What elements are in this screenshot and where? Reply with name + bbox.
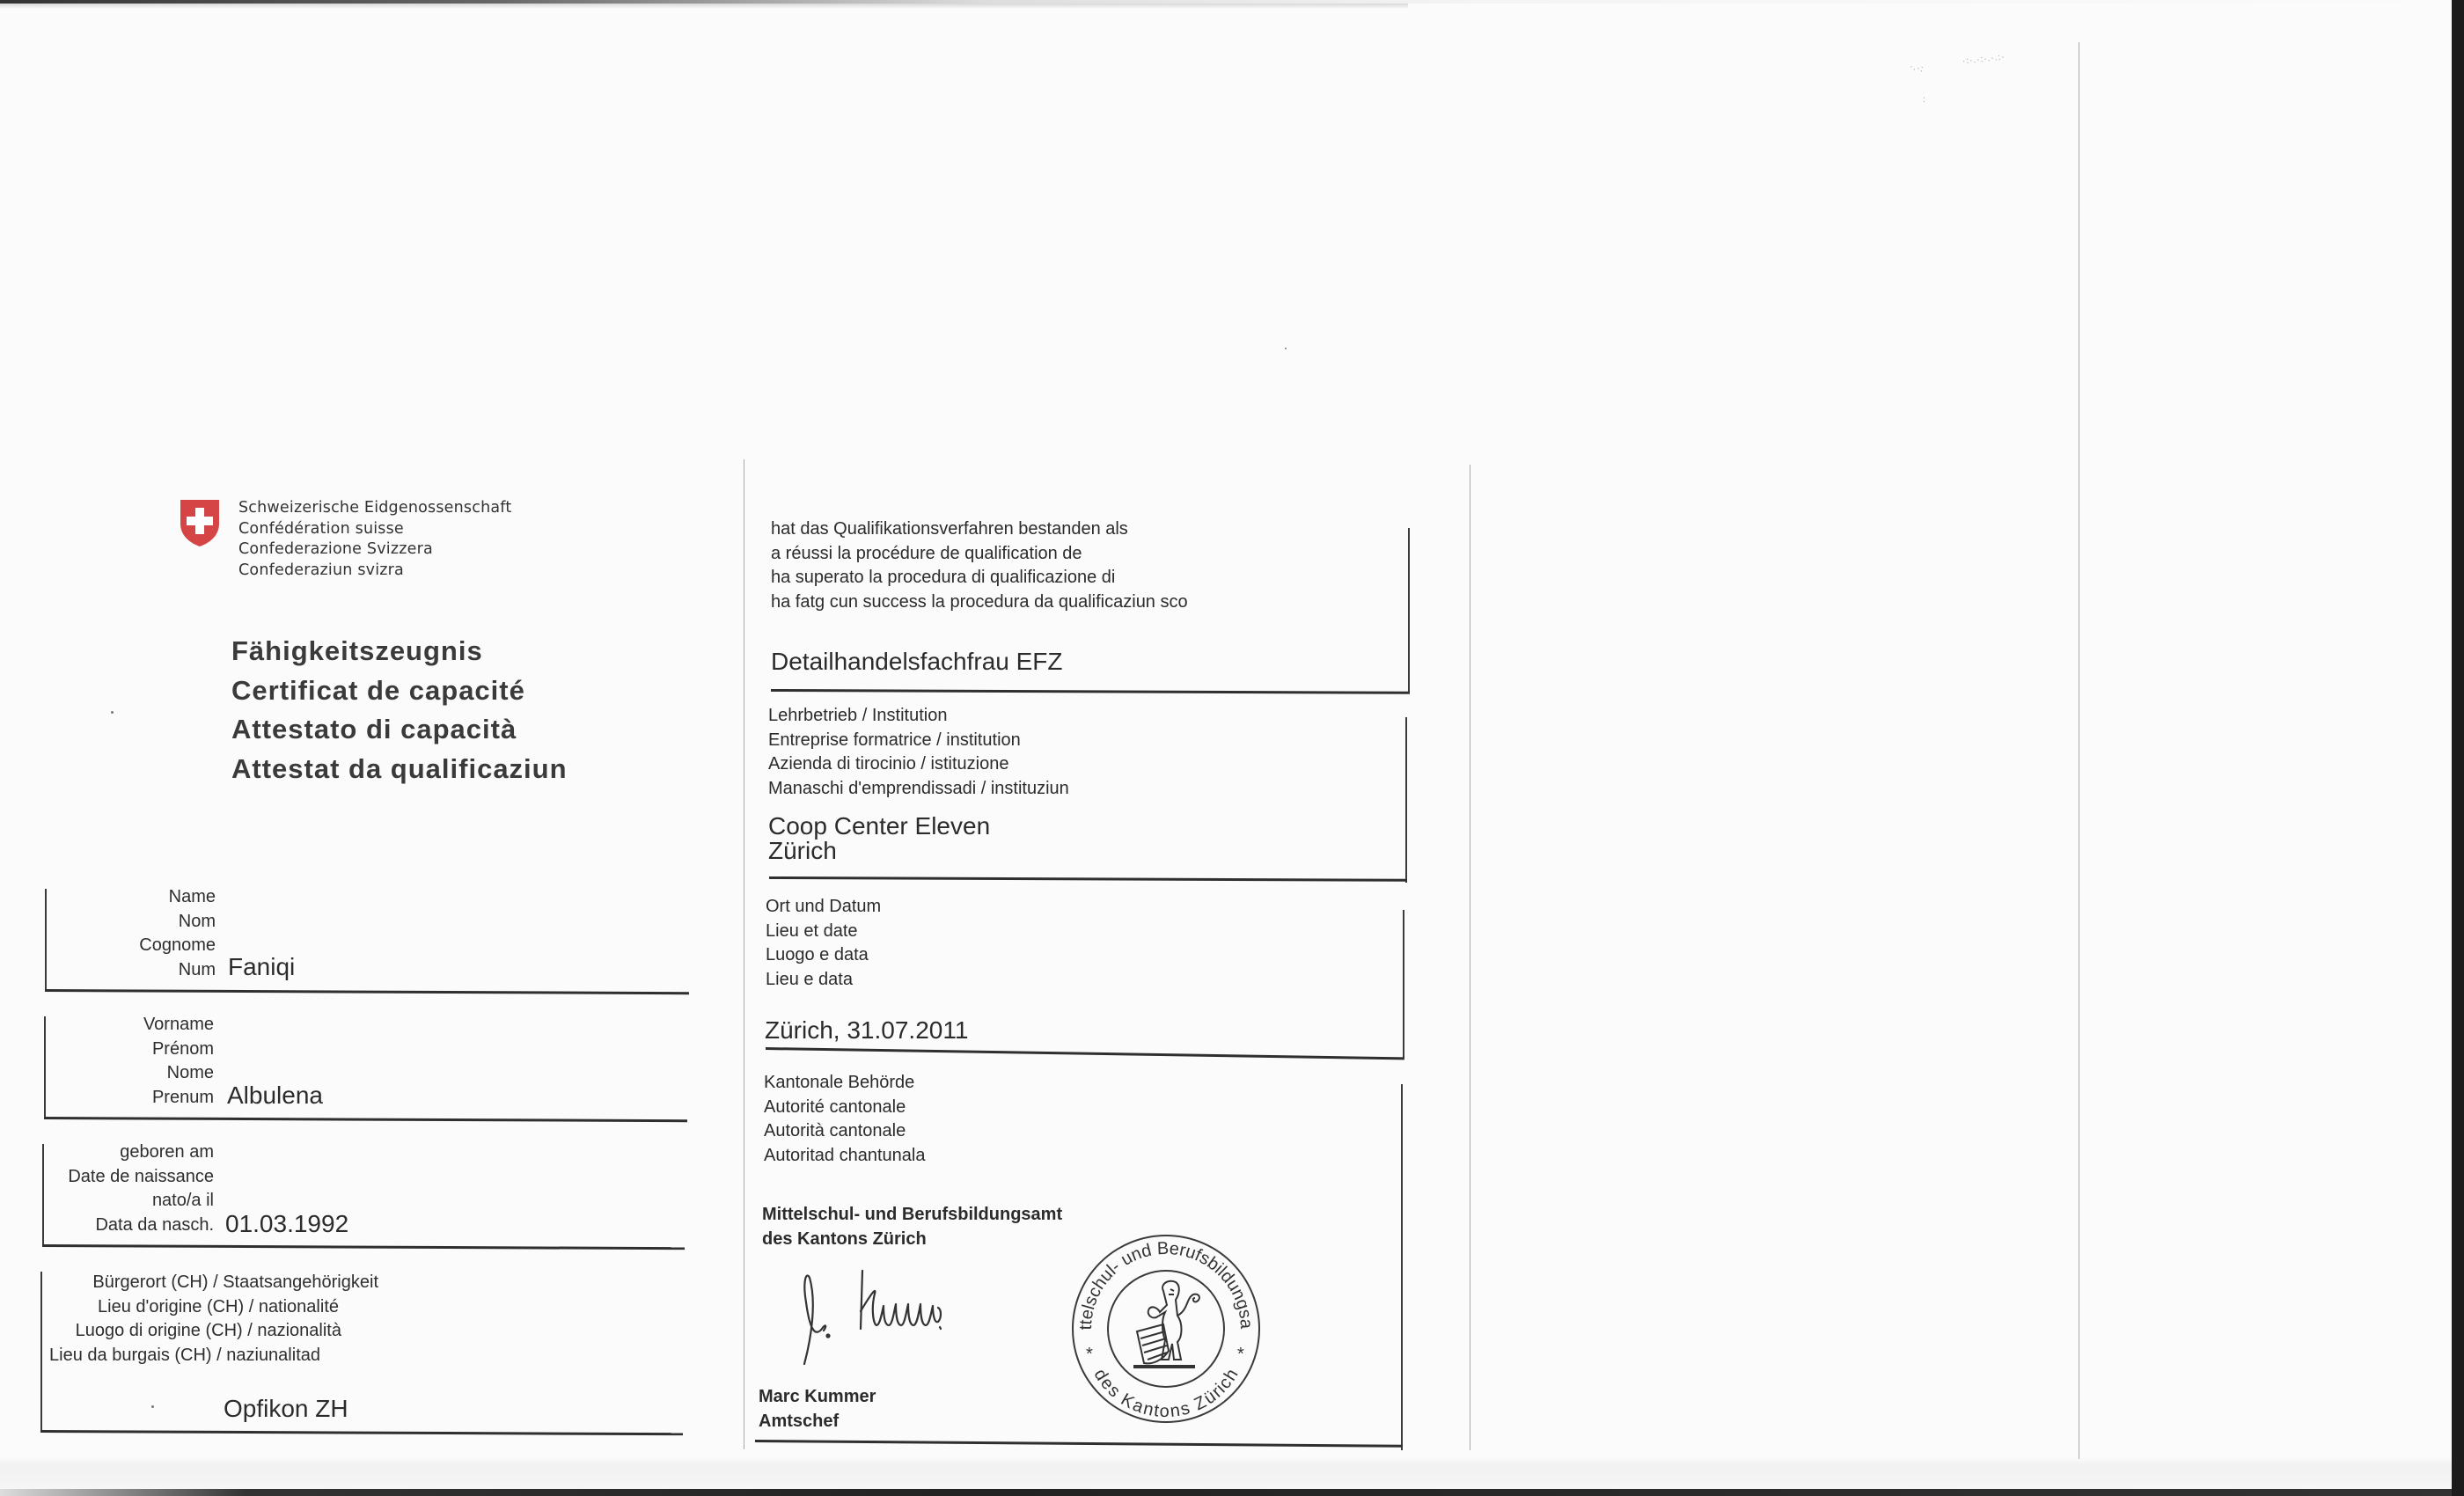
label-origin-de: Bürgerort (CH) / Staatsangehörigkeit bbox=[44, 1271, 378, 1295]
label-firstname-fr: Prénom bbox=[53, 1038, 214, 1062]
birthdate-underline bbox=[42, 1244, 685, 1250]
seal-separator-right: * bbox=[1237, 1345, 1244, 1364]
authority-underline bbox=[755, 1440, 1403, 1448]
birthdate-value: 01.03.1992 bbox=[225, 1210, 348, 1238]
label-origin-rm: Lieu da burgais (CH) / naziunalitad bbox=[44, 1344, 378, 1368]
institution-value: Coop Center Eleven Zürich bbox=[768, 814, 990, 863]
label-firstname-rm: Prenum bbox=[53, 1086, 214, 1111]
title-rm: Attestat da qualificaziun bbox=[231, 750, 568, 789]
origin-labels: Bürgerort (CH) / Staatsangehörigkeit Lie… bbox=[44, 1271, 378, 1368]
scan-noise: ·.·: bbox=[1909, 62, 1925, 74]
scan-bottom-edge bbox=[0, 1489, 2452, 1496]
label-name-it: Cognome bbox=[53, 934, 216, 958]
placedate-labels: Ort und Datum Lieu et date Luogo e data … bbox=[766, 895, 881, 992]
surname-labels: Name Nom Cognome Num bbox=[53, 885, 216, 982]
surname-value: Faniqi bbox=[228, 953, 295, 981]
confederation-line-rm: Confederaziun svizra bbox=[238, 561, 511, 582]
sheet-edge-line bbox=[2079, 42, 2079, 1459]
institution-name: Coop Center Eleven bbox=[768, 814, 990, 839]
label-firstname-de: Vorname bbox=[53, 1013, 214, 1038]
label-birthdate-fr: Date de naissance bbox=[53, 1165, 214, 1190]
title-it: Attestato di capacità bbox=[231, 710, 568, 750]
institution-labels: Lehrbetrieb / Institution Entreprise for… bbox=[768, 704, 1069, 801]
surname-underline bbox=[45, 989, 689, 994]
scan-noise: ·:·.·:·.·.:· bbox=[1962, 52, 2006, 66]
label-qualification-it: ha superato la procedura di qualificazio… bbox=[771, 566, 1188, 590]
confederation-line-fr: Confédération suisse bbox=[238, 519, 511, 540]
firstname-underline bbox=[44, 1117, 687, 1122]
certificate-title: Fähigkeitszeugnis Certificat de capacité… bbox=[231, 632, 568, 788]
origin-box-border bbox=[40, 1272, 42, 1430]
origin-value: Opfikon ZH bbox=[224, 1395, 348, 1423]
label-institution-it: Azienda di tirocinio / istituzione bbox=[768, 752, 1069, 777]
page-edge-line bbox=[1470, 465, 1470, 1450]
label-institution-de: Lehrbetrieb / Institution bbox=[768, 704, 1069, 729]
zurich-lion-seal-icon: Mittelschul- und Berufsbildungsamt des K… bbox=[1065, 1228, 1267, 1430]
label-institution-fr: Entreprise formatrice / institution bbox=[768, 729, 1069, 753]
label-authority-fr: Autorité cantonale bbox=[764, 1096, 925, 1120]
label-birthdate-de: geboren am bbox=[53, 1140, 214, 1165]
firstname-value: Albulena bbox=[227, 1082, 323, 1110]
label-placedate-fr: Lieu et date bbox=[766, 920, 881, 944]
label-birthdate-it: nato/a il bbox=[53, 1189, 214, 1214]
firstname-labels: Vorname Prénom Nome Prenum bbox=[53, 1013, 214, 1110]
seal-bottom-text: des Kantons Zürich bbox=[1089, 1366, 1242, 1421]
label-firstname-it: Nome bbox=[53, 1061, 214, 1086]
scan-speck bbox=[111, 711, 114, 714]
title-de: Fähigkeitszeugnis bbox=[231, 632, 568, 671]
signatory: Marc Kummer Amtschef bbox=[759, 1384, 876, 1434]
authority-labels: Kantonale Behörde Autorité cantonale Aut… bbox=[764, 1071, 925, 1168]
scan-noise: : bbox=[1923, 95, 1926, 105]
label-qualification-de: hat das Qualifikationsverfahren bestande… bbox=[771, 517, 1188, 542]
title-fr: Certificat de capacité bbox=[231, 671, 568, 711]
origin-underline bbox=[40, 1430, 683, 1435]
signatory-name: Marc Kummer bbox=[759, 1384, 876, 1409]
scan-speck bbox=[151, 1405, 154, 1408]
scan-bottom-shade bbox=[0, 1456, 2452, 1489]
scan-right-edge bbox=[2452, 0, 2464, 1496]
office-line-1: Mittelschul- und Berufsbildungsamt bbox=[762, 1202, 1062, 1227]
label-name-rm: Num bbox=[53, 958, 216, 983]
label-institution-rm: Manaschi d'emprendissadi / instituziun bbox=[768, 777, 1069, 802]
office-line-2: des Kantons Zürich bbox=[762, 1227, 1062, 1251]
placedate-value: Zürich, 31.07.2011 bbox=[765, 1018, 968, 1043]
confederation-line-it: Confederazione Svizzera bbox=[238, 539, 511, 561]
qualification-labels: hat das Qualifikationsverfahren bestande… bbox=[771, 517, 1188, 614]
birthdate-labels: geboren am Date de naissance nato/a il D… bbox=[53, 1140, 214, 1237]
label-name-fr: Nom bbox=[53, 910, 216, 935]
seal-separator-left: * bbox=[1086, 1345, 1093, 1364]
label-authority-rm: Autoritad chantunala bbox=[764, 1144, 925, 1169]
label-placedate-it: Luogo e data bbox=[766, 943, 881, 968]
confederation-line-de: Schweizerische Eidgenossenschaft bbox=[238, 498, 511, 519]
label-placedate-rm: Lieu e data bbox=[766, 968, 881, 993]
handwritten-signature-icon bbox=[792, 1267, 1003, 1373]
signatory-title: Amtschef bbox=[759, 1409, 876, 1434]
qualification-box-border bbox=[1408, 528, 1410, 692]
institution-city: Zürich bbox=[768, 839, 990, 863]
label-origin-fr: Lieu d'origine (CH) / nationalité bbox=[44, 1295, 378, 1320]
label-origin-it: Luogo di origine (CH) / nazionalità bbox=[44, 1319, 378, 1344]
scan-speck bbox=[1285, 348, 1287, 349]
fold-line-center bbox=[744, 459, 744, 1449]
label-qualification-rm: ha fatg cun success la procedura da qual… bbox=[771, 590, 1188, 615]
label-name-de: Name bbox=[53, 885, 216, 910]
issuing-office: Mittelschul- und Berufsbildungsamt des K… bbox=[762, 1202, 1062, 1251]
institution-box-border bbox=[1405, 717, 1407, 883]
placedate-box-border bbox=[1403, 910, 1404, 1058]
firstname-box-border bbox=[44, 1016, 46, 1117]
birthdate-box-border bbox=[42, 1144, 44, 1244]
surname-box-border bbox=[45, 889, 47, 989]
label-placedate-de: Ort und Datum bbox=[766, 895, 881, 920]
scan-top-shadow bbox=[0, 4, 1408, 9]
qualification-underline bbox=[771, 689, 1410, 694]
label-birthdate-rm: Data da nasch. bbox=[53, 1214, 214, 1238]
qualification-value: Detailhandelsfachfrau EFZ bbox=[771, 649, 1063, 674]
swiss-cross-shield-icon bbox=[178, 497, 222, 548]
svg-text:des Kantons Zürich: des Kantons Zürich bbox=[1089, 1366, 1242, 1421]
confederation-heading: Schweizerische Eidgenossenschaft Confédé… bbox=[238, 498, 511, 581]
label-authority-de: Kantonale Behörde bbox=[764, 1071, 925, 1096]
placedate-underline bbox=[766, 1047, 1404, 1060]
institution-underline bbox=[769, 876, 1407, 882]
label-authority-it: Autorità cantonale bbox=[764, 1119, 925, 1144]
label-qualification-fr: a réussi la procédure de qualification d… bbox=[771, 542, 1188, 567]
authority-box-border bbox=[1401, 1084, 1403, 1450]
